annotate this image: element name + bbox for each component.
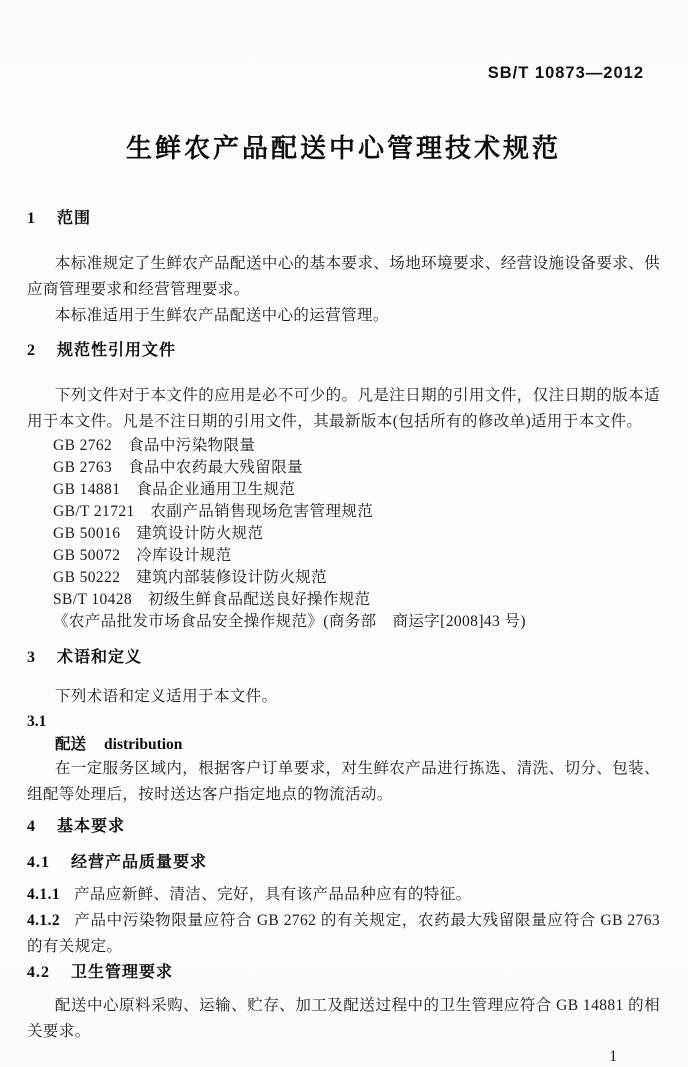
clause-number: 4.1.2 <box>27 912 60 929</box>
scope-paragraph-2: 本标准适用于生鲜农产品配送中心的运营管理。 <box>27 303 660 329</box>
section-3-heading: 3术语和定义 <box>27 647 660 669</box>
clause-number: 4.1.1 <box>27 886 60 903</box>
term-en: distribution <box>104 736 182 753</box>
section-4-1-heading: 4.1经营产品质量要求 <box>27 852 660 874</box>
page-number: 1 <box>27 1045 660 1067</box>
section-title: 基本要求 <box>57 818 125 835</box>
section-number: 3 <box>27 647 57 669</box>
clause-text: 产品应新鲜、清洁、完好，具有该产品品种应有的特征。 <box>74 886 472 903</box>
reference-item: GB 50072 冷库设计规范 <box>53 545 660 567</box>
references-intro: 下列文件对于本文件的应用是必不可少的。凡是注日期的引用文件，仅注日期的版本适用于… <box>27 383 660 435</box>
reference-item: GB/T 21721 农副产品销售现场危害管理规范 <box>53 501 660 523</box>
section-number: 2 <box>27 340 57 362</box>
document-page: SB/T 10873—2012 生鲜农产品配送中心管理技术规范 1范围 本标准规… <box>0 0 688 1067</box>
section-title: 范围 <box>57 210 91 227</box>
section-title: 术语和定义 <box>57 649 142 666</box>
section-title: 经营产品质量要求 <box>71 854 207 871</box>
term-item-number: 3.1 <box>27 710 660 734</box>
reference-item: GB 2762 食品中污染物限量 <box>53 435 660 457</box>
section-4-2-heading: 4.2卫生管理要求 <box>27 962 660 984</box>
section-number: 1 <box>27 208 57 230</box>
clause-4-1-2: 4.1.2产品中污染物限量应符合 GB 2762 的有关规定，农药最大残留限量应… <box>27 908 660 960</box>
reference-item: GB 2763 食品中农药最大残留限量 <box>53 457 660 479</box>
section-number: 4 <box>27 816 57 838</box>
reference-item: SB/T 10428 初级生鲜食品配送良好操作规范 <box>53 589 660 611</box>
reference-item: GB 50222 建筑内部装修设计防火规范 <box>53 567 660 589</box>
section-title: 规范性引用文件 <box>57 342 176 359</box>
term-name: 配送distribution <box>27 734 660 756</box>
section-number: 4.2 <box>27 962 71 984</box>
terms-intro: 下列术语和定义适用于本文件。 <box>27 684 660 710</box>
standard-code: SB/T 10873—2012 <box>27 64 660 82</box>
section-title: 卫生管理要求 <box>71 964 173 981</box>
reference-list: GB 2762 食品中污染物限量 GB 2763 食品中农药最大残留限量 GB … <box>27 435 660 633</box>
section-1-heading: 1范围 <box>27 208 660 230</box>
reference-item: 《农产品批发市场食品安全操作规范》(商务部 商运字[2008]43 号) <box>53 611 660 633</box>
reference-item: GB 50016 建筑设计防火规范 <box>53 523 660 545</box>
section-number: 4.1 <box>27 852 71 874</box>
document-title: 生鲜农产品配送中心管理技术规范 <box>27 132 660 166</box>
clause-4-1-1: 4.1.1产品应新鲜、清洁、完好，具有该产品品种应有的特征。 <box>27 882 660 908</box>
scope-paragraph-1: 本标准规定了生鲜农产品配送中心的基本要求、场地环境要求、经营设施设备要求、供应商… <box>27 251 660 303</box>
section-2-heading: 2规范性引用文件 <box>27 340 660 362</box>
term-definition: 在一定服务区域内，根据客户订单要求，对生鲜农产品进行拣选、清洗、切分、包装、组配… <box>27 756 660 808</box>
section-4-heading: 4基本要求 <box>27 816 660 838</box>
term-zh: 配送 <box>55 736 86 753</box>
reference-item: GB 14881 食品企业通用卫生规范 <box>53 479 660 501</box>
hygiene-paragraph: 配送中心原料采购、运输、贮存、加工及配送过程中的卫生管理应符合 GB 14881… <box>27 993 660 1045</box>
clause-text: 产品中污染物限量应符合 GB 2762 的有关规定，农药最大残留限量应符合 GB… <box>27 912 660 955</box>
